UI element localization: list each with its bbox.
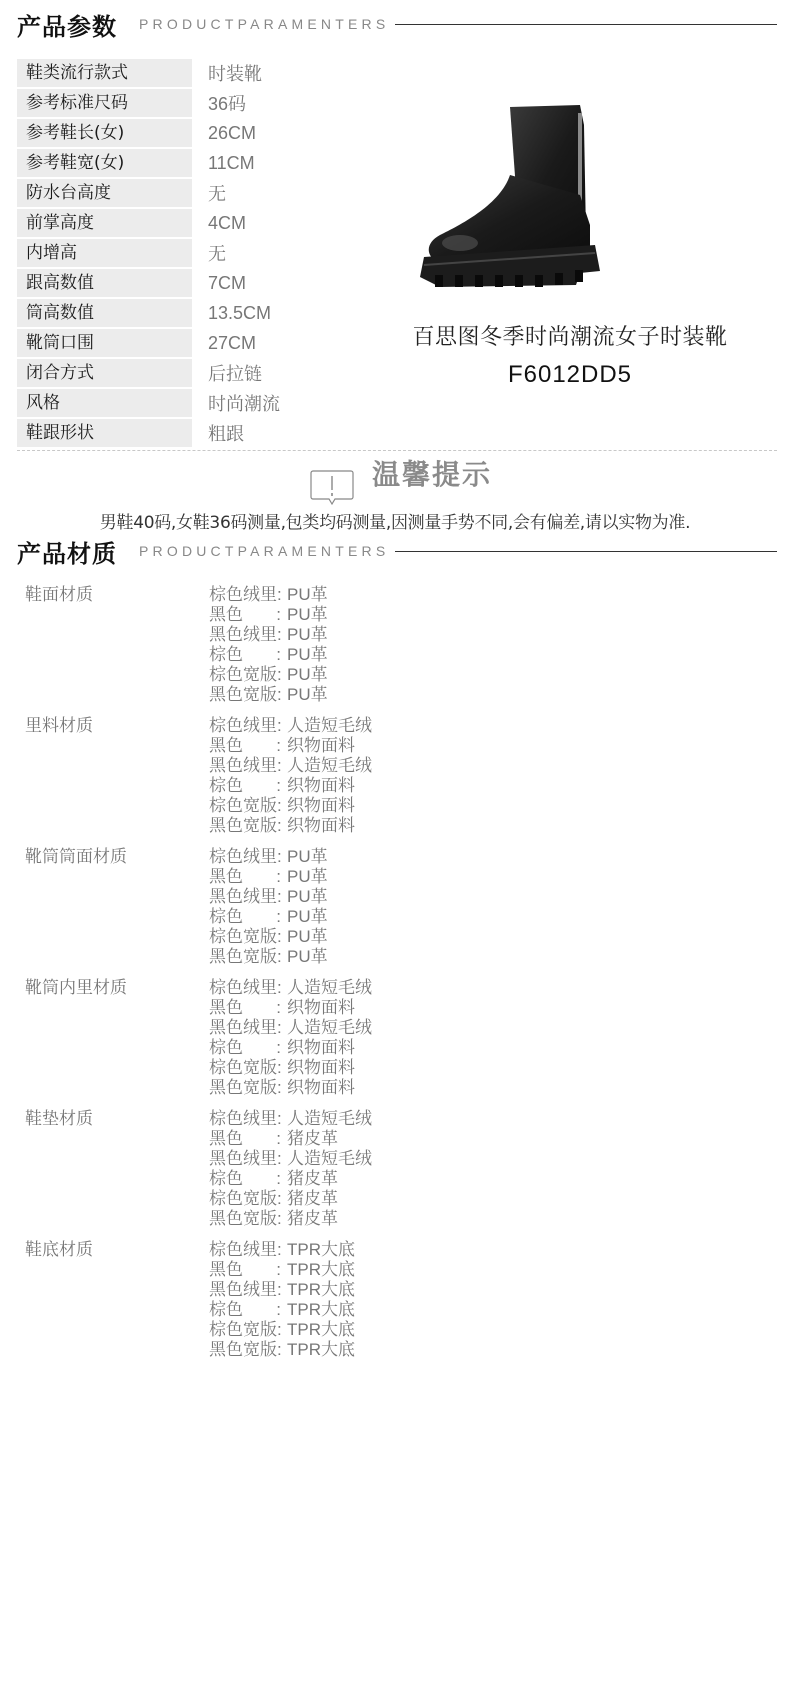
variant-name: 棕色: [209, 1169, 243, 1189]
material-variant: 黑色绒里:: [209, 1149, 281, 1169]
material-value: PU革: [287, 605, 328, 625]
material-line: 黑色绒里:TPR大底: [209, 1280, 355, 1300]
param-label: 前掌高度: [17, 209, 192, 237]
material-variant: 棕色:: [209, 645, 281, 665]
material-label: 鞋底材质: [25, 1240, 209, 1360]
material-line: 黑色:猪皮革: [209, 1129, 372, 1149]
material-line: 黑色绒里:人造短毛绒: [209, 1018, 372, 1038]
param-row: 风格时尚潮流: [17, 389, 377, 417]
param-label: 参考标准尺码: [17, 89, 192, 117]
variant-name: 黑色宽版: [209, 1340, 277, 1360]
material-variant: 黑色:: [209, 605, 281, 625]
dashed-divider: [17, 450, 777, 451]
param-row: 参考鞋长(女)26CM: [17, 119, 377, 147]
material-value: 猪皮革: [287, 1189, 338, 1209]
material-value: TPR大底: [287, 1300, 355, 1320]
variant-name: 黑色绒里: [209, 1018, 277, 1038]
material-line: 黑色:PU革: [209, 867, 328, 887]
variant-name: 棕色: [209, 907, 243, 927]
material-value: 人造短毛绒: [287, 756, 372, 776]
material-value: PU革: [287, 685, 328, 705]
material-variant: 黑色绒里:: [209, 1018, 281, 1038]
material-value: 织物面料: [287, 816, 355, 836]
material-line: 黑色宽版:TPR大底: [209, 1340, 355, 1360]
param-value: 时尚潮流: [208, 390, 280, 416]
param-row: 前掌高度4CM: [17, 209, 377, 237]
material-value: TPR大底: [287, 1340, 355, 1360]
material-variant: 棕色绒里:: [209, 1240, 281, 1260]
material-variant: 棕色绒里:: [209, 1109, 281, 1129]
material-line: 黑色:织物面料: [209, 736, 372, 756]
colon: :: [276, 1038, 281, 1058]
material-variant: 黑色:: [209, 998, 281, 1018]
material-variant: 棕色宽版:: [209, 1189, 281, 1209]
variant-name: 棕色宽版: [209, 1058, 277, 1078]
material-variant: 黑色绒里:: [209, 756, 281, 776]
colon: :: [277, 978, 282, 998]
product-image: [380, 85, 760, 295]
material-value: 织物面料: [287, 1058, 355, 1078]
colon: :: [276, 1169, 281, 1189]
material-line: 黑色绒里:人造短毛绒: [209, 1149, 372, 1169]
material-line: 棕色:织物面料: [209, 1038, 372, 1058]
material-line: 黑色宽版:PU革: [209, 685, 328, 705]
colon: :: [277, 1320, 282, 1340]
material-variant: 黑色绒里:: [209, 1280, 281, 1300]
material-line: 黑色宽版:PU革: [209, 947, 328, 967]
variant-name: 黑色宽版: [209, 947, 277, 967]
material-line: 黑色宽版:织物面料: [209, 816, 372, 836]
variant-name: 黑色: [209, 1260, 243, 1280]
material-variant: 黑色:: [209, 736, 281, 756]
param-label: 风格: [17, 389, 192, 417]
material-line: 黑色:TPR大底: [209, 1260, 355, 1280]
colon: :: [277, 1149, 282, 1169]
material-variant: 黑色宽版:: [209, 685, 281, 705]
param-row: 参考标准尺码36码: [17, 89, 377, 117]
variant-name: 黑色: [209, 998, 243, 1018]
param-row: 内增高无: [17, 239, 377, 267]
material-variant: 黑色绒里:: [209, 887, 281, 907]
materials-section-header: 产品材质 PRODUCTPARAMENTERS: [17, 531, 777, 571]
material-value: 织物面料: [287, 1038, 355, 1058]
material-line: 棕色宽版:猪皮革: [209, 1189, 372, 1209]
material-value: 织物面料: [287, 998, 355, 1018]
materials-list: 鞋面材质棕色绒里:PU革黑色:PU革黑色绒里:PU革棕色:PU革棕色宽版:PU革…: [25, 585, 725, 1371]
header-rule: [395, 24, 777, 25]
material-value: TPR大底: [287, 1320, 355, 1340]
colon: :: [277, 887, 282, 907]
variant-name: 棕色宽版: [209, 927, 277, 947]
tip-text: 男鞋40码,女鞋36码测量,包类均码测量,因测量手势不同,会有偏差,请以实物为准…: [0, 508, 790, 533]
materials-section-title: 产品材质: [17, 534, 117, 569]
variant-name: 棕色: [209, 776, 243, 796]
variant-name: 黑色绒里: [209, 1149, 277, 1169]
colon: :: [277, 685, 282, 705]
material-line: 棕色:TPR大底: [209, 1300, 355, 1320]
param-row: 靴筒口围27CM: [17, 329, 377, 357]
material-value: 人造短毛绒: [287, 716, 372, 736]
material-label: 靴筒筒面材质: [25, 847, 209, 967]
material-variant: 棕色:: [209, 776, 281, 796]
param-value: 无: [208, 240, 226, 266]
material-variant: 棕色宽版:: [209, 1058, 281, 1078]
material-variant: 黑色绒里:: [209, 625, 281, 645]
variant-name: 黑色: [209, 867, 243, 887]
material-value: PU革: [287, 907, 328, 927]
material-value: PU革: [287, 645, 328, 665]
material-variant: 棕色:: [209, 1300, 281, 1320]
material-value: TPR大底: [287, 1280, 355, 1300]
header-rule: [395, 551, 777, 552]
colon: :: [277, 1209, 282, 1229]
variant-name: 棕色宽版: [209, 665, 277, 685]
variant-name: 黑色绒里: [209, 1280, 277, 1300]
colon: :: [277, 796, 282, 816]
variant-name: 黑色宽版: [209, 685, 277, 705]
colon: :: [277, 1189, 282, 1209]
variant-name: 棕色绒里: [209, 1240, 277, 1260]
material-value: PU革: [287, 887, 328, 907]
material-variant: 棕色绒里:: [209, 585, 281, 605]
param-value: 27CM: [208, 333, 256, 354]
material-value: 猪皮革: [287, 1169, 338, 1189]
product-card: 百思图冬季时尚潮流女子时装靴 F6012DD5: [380, 85, 760, 389]
params-section-subtitle: PRODUCTPARAMENTERS: [139, 16, 389, 32]
material-value: PU革: [287, 665, 328, 685]
variant-name: 棕色绒里: [209, 847, 277, 867]
material-line: 棕色:PU革: [209, 645, 328, 665]
material-line: 棕色:织物面料: [209, 776, 372, 796]
material-value: 猪皮革: [287, 1209, 338, 1229]
variant-name: 棕色宽版: [209, 1189, 277, 1209]
colon: :: [276, 1129, 281, 1149]
material-variant: 黑色宽版:: [209, 816, 281, 836]
material-line: 棕色宽版:PU革: [209, 927, 328, 947]
material-variant: 棕色:: [209, 1038, 281, 1058]
variant-name: 棕色: [209, 1300, 243, 1320]
variant-name: 棕色: [209, 645, 243, 665]
material-variant: 黑色宽版:: [209, 1078, 281, 1098]
variant-name: 棕色绒里: [209, 585, 277, 605]
colon: :: [277, 585, 282, 605]
colon: :: [276, 907, 281, 927]
material-variant: 黑色宽版:: [209, 1340, 281, 1360]
variant-name: 棕色: [209, 1038, 243, 1058]
material-line: 棕色绒里:PU革: [209, 585, 328, 605]
boot-icon: [380, 85, 760, 295]
colon: :: [277, 947, 282, 967]
colon: :: [277, 816, 282, 836]
materials-section-subtitle: PRODUCTPARAMENTERS: [139, 543, 389, 559]
colon: :: [276, 867, 281, 887]
colon: :: [277, 1018, 282, 1038]
param-label: 跟高数值: [17, 269, 192, 297]
material-group: 靴筒内里材质棕色绒里:人造短毛绒黑色:织物面料黑色绒里:人造短毛绒棕色:织物面料…: [25, 978, 725, 1098]
param-row: 筒高数值13.5CM: [17, 299, 377, 327]
material-variant: 黑色:: [209, 1260, 281, 1280]
material-value: PU革: [287, 927, 328, 947]
param-value: 13.5CM: [208, 303, 271, 324]
material-line: 棕色宽版:TPR大底: [209, 1320, 355, 1340]
param-value: 26CM: [208, 123, 256, 144]
material-value: PU革: [287, 867, 328, 887]
material-variant: 棕色:: [209, 1169, 281, 1189]
material-group: 靴筒筒面材质棕色绒里:PU革黑色:PU革黑色绒里:PU革棕色:PU革棕色宽版:P…: [25, 847, 725, 967]
material-line: 黑色绒里:PU革: [209, 625, 328, 645]
material-variant: 棕色:: [209, 907, 281, 927]
colon: :: [277, 625, 282, 645]
colon: :: [276, 736, 281, 756]
material-line: 黑色绒里:人造短毛绒: [209, 756, 372, 776]
material-line: 黑色宽版:织物面料: [209, 1078, 372, 1098]
material-line: 棕色绒里:人造短毛绒: [209, 978, 372, 998]
colon: :: [276, 1260, 281, 1280]
material-line: 棕色绒里:人造短毛绒: [209, 1109, 372, 1129]
material-label: 鞋面材质: [25, 585, 209, 705]
variant-name: 黑色绒里: [209, 625, 277, 645]
colon: :: [277, 1240, 282, 1260]
material-group: 鞋垫材质棕色绒里:人造短毛绒黑色:猪皮革黑色绒里:人造短毛绒棕色:猪皮革棕色宽版…: [25, 1109, 725, 1229]
variant-name: 黑色宽版: [209, 816, 277, 836]
variant-name: 黑色: [209, 1129, 243, 1149]
param-value: 7CM: [208, 273, 246, 294]
param-row: 参考鞋宽(女)11CM: [17, 149, 377, 177]
material-label: 里料材质: [25, 716, 209, 836]
param-label: 筒高数值: [17, 299, 192, 327]
material-value: 人造短毛绒: [287, 1018, 372, 1038]
param-row: 跟高数值7CM: [17, 269, 377, 297]
material-group: 里料材质棕色绒里:人造短毛绒黑色:织物面料黑色绒里:人造短毛绒棕色:织物面料棕色…: [25, 716, 725, 836]
colon: :: [277, 716, 282, 736]
variant-name: 黑色宽版: [209, 1209, 277, 1229]
material-variant: 黑色宽版:: [209, 1209, 281, 1229]
material-value: 人造短毛绒: [287, 978, 372, 998]
product-code: F6012DD5: [380, 361, 760, 389]
material-line: 棕色:PU革: [209, 907, 328, 927]
param-value: 11CM: [208, 153, 255, 174]
param-label: 参考鞋宽(女): [17, 149, 192, 177]
variant-name: 黑色绒里: [209, 887, 277, 907]
param-row: 鞋类流行款式时装靴: [17, 59, 377, 87]
material-variant: 棕色宽版:: [209, 927, 281, 947]
material-value: 人造短毛绒: [287, 1109, 372, 1129]
variant-name: 棕色绒里: [209, 1109, 277, 1129]
material-value: TPR大底: [287, 1260, 355, 1280]
param-label: 鞋跟形状: [17, 419, 192, 447]
variant-name: 黑色绒里: [209, 756, 277, 776]
colon: :: [277, 1058, 282, 1078]
material-variant: 棕色宽版:: [209, 665, 281, 685]
material-label: 靴筒内里材质: [25, 978, 209, 1098]
material-variant: 黑色宽版:: [209, 947, 281, 967]
colon: :: [277, 1280, 282, 1300]
material-group: 鞋底材质棕色绒里:TPR大底黑色:TPR大底黑色绒里:TPR大底棕色:TPR大底…: [25, 1240, 725, 1360]
params-section-title: 产品参数: [17, 7, 117, 42]
material-line: 棕色宽版:织物面料: [209, 1058, 372, 1078]
material-line: 棕色绒里:TPR大底: [209, 1240, 355, 1260]
variant-name: 黑色: [209, 605, 243, 625]
colon: :: [276, 776, 281, 796]
param-label: 内增高: [17, 239, 192, 267]
variant-name: 黑色宽版: [209, 1078, 277, 1098]
material-variant: 棕色宽版:: [209, 1320, 281, 1340]
param-label: 闭合方式: [17, 359, 192, 387]
colon: :: [277, 665, 282, 685]
material-line: 棕色绒里:PU革: [209, 847, 328, 867]
material-value: PU革: [287, 847, 328, 867]
params-section-header: 产品参数 PRODUCTPARAMENTERS: [17, 4, 777, 44]
material-value: 织物面料: [287, 776, 355, 796]
material-variant: 棕色绒里:: [209, 847, 281, 867]
material-variant: 棕色绒里:: [209, 978, 281, 998]
material-variant: 棕色绒里:: [209, 716, 281, 736]
param-row: 防水台高度无: [17, 179, 377, 207]
colon: :: [277, 1078, 282, 1098]
material-value: 猪皮革: [287, 1129, 338, 1149]
material-line: 棕色宽版:织物面料: [209, 796, 372, 816]
param-value: 时装靴: [208, 60, 262, 86]
param-label: 鞋类流行款式: [17, 59, 192, 87]
colon: :: [276, 605, 281, 625]
params-table: 鞋类流行款式时装靴参考标准尺码36码参考鞋长(女)26CM参考鞋宽(女)11CM…: [17, 59, 377, 449]
material-line: 黑色:PU革: [209, 605, 328, 625]
material-value: PU革: [287, 625, 328, 645]
colon: :: [276, 998, 281, 1018]
material-variant: 黑色:: [209, 867, 281, 887]
param-label: 靴筒口围: [17, 329, 192, 357]
variant-name: 棕色绒里: [209, 716, 277, 736]
variant-name: 棕色宽版: [209, 796, 277, 816]
tip-title: 温馨提示: [372, 453, 492, 493]
variant-name: 棕色宽版: [209, 1320, 277, 1340]
material-line: 棕色绒里:人造短毛绒: [209, 716, 372, 736]
param-label: 防水台高度: [17, 179, 192, 207]
material-line: 黑色绒里:PU革: [209, 887, 328, 907]
param-row: 闭合方式后拉链: [17, 359, 377, 387]
colon: :: [277, 1109, 282, 1129]
material-label: 鞋垫材质: [25, 1109, 209, 1229]
material-value: 织物面料: [287, 736, 355, 756]
material-value: 人造短毛绒: [287, 1149, 372, 1169]
colon: :: [276, 1300, 281, 1320]
param-label: 参考鞋长(女): [17, 119, 192, 147]
param-value: 后拉链: [208, 360, 262, 386]
exclamation-speech-bubble-icon: [310, 470, 354, 502]
param-row: 鞋跟形状粗跟: [17, 419, 377, 447]
material-value: 织物面料: [287, 1078, 355, 1098]
param-value: 36码: [208, 90, 246, 116]
material-value: TPR大底: [287, 1240, 355, 1260]
material-line: 棕色:猪皮革: [209, 1169, 372, 1189]
product-name: 百思图冬季时尚潮流女子时装靴: [380, 320, 760, 351]
variant-name: 黑色: [209, 736, 243, 756]
param-value: 4CM: [208, 213, 246, 234]
material-line: 黑色宽版:猪皮革: [209, 1209, 372, 1229]
colon: :: [277, 927, 282, 947]
colon: :: [276, 645, 281, 665]
material-variant: 黑色:: [209, 1129, 281, 1149]
colon: :: [277, 756, 282, 776]
material-value: PU革: [287, 947, 328, 967]
param-value: 无: [208, 180, 226, 206]
material-value: PU革: [287, 585, 328, 605]
material-line: 棕色宽版:PU革: [209, 665, 328, 685]
colon: :: [277, 847, 282, 867]
material-variant: 棕色宽版:: [209, 796, 281, 816]
material-group: 鞋面材质棕色绒里:PU革黑色:PU革黑色绒里:PU革棕色:PU革棕色宽版:PU革…: [25, 585, 725, 705]
param-value: 粗跟: [208, 420, 244, 446]
material-line: 黑色:织物面料: [209, 998, 372, 1018]
variant-name: 棕色绒里: [209, 978, 277, 998]
colon: :: [277, 1340, 282, 1360]
material-value: 织物面料: [287, 796, 355, 816]
